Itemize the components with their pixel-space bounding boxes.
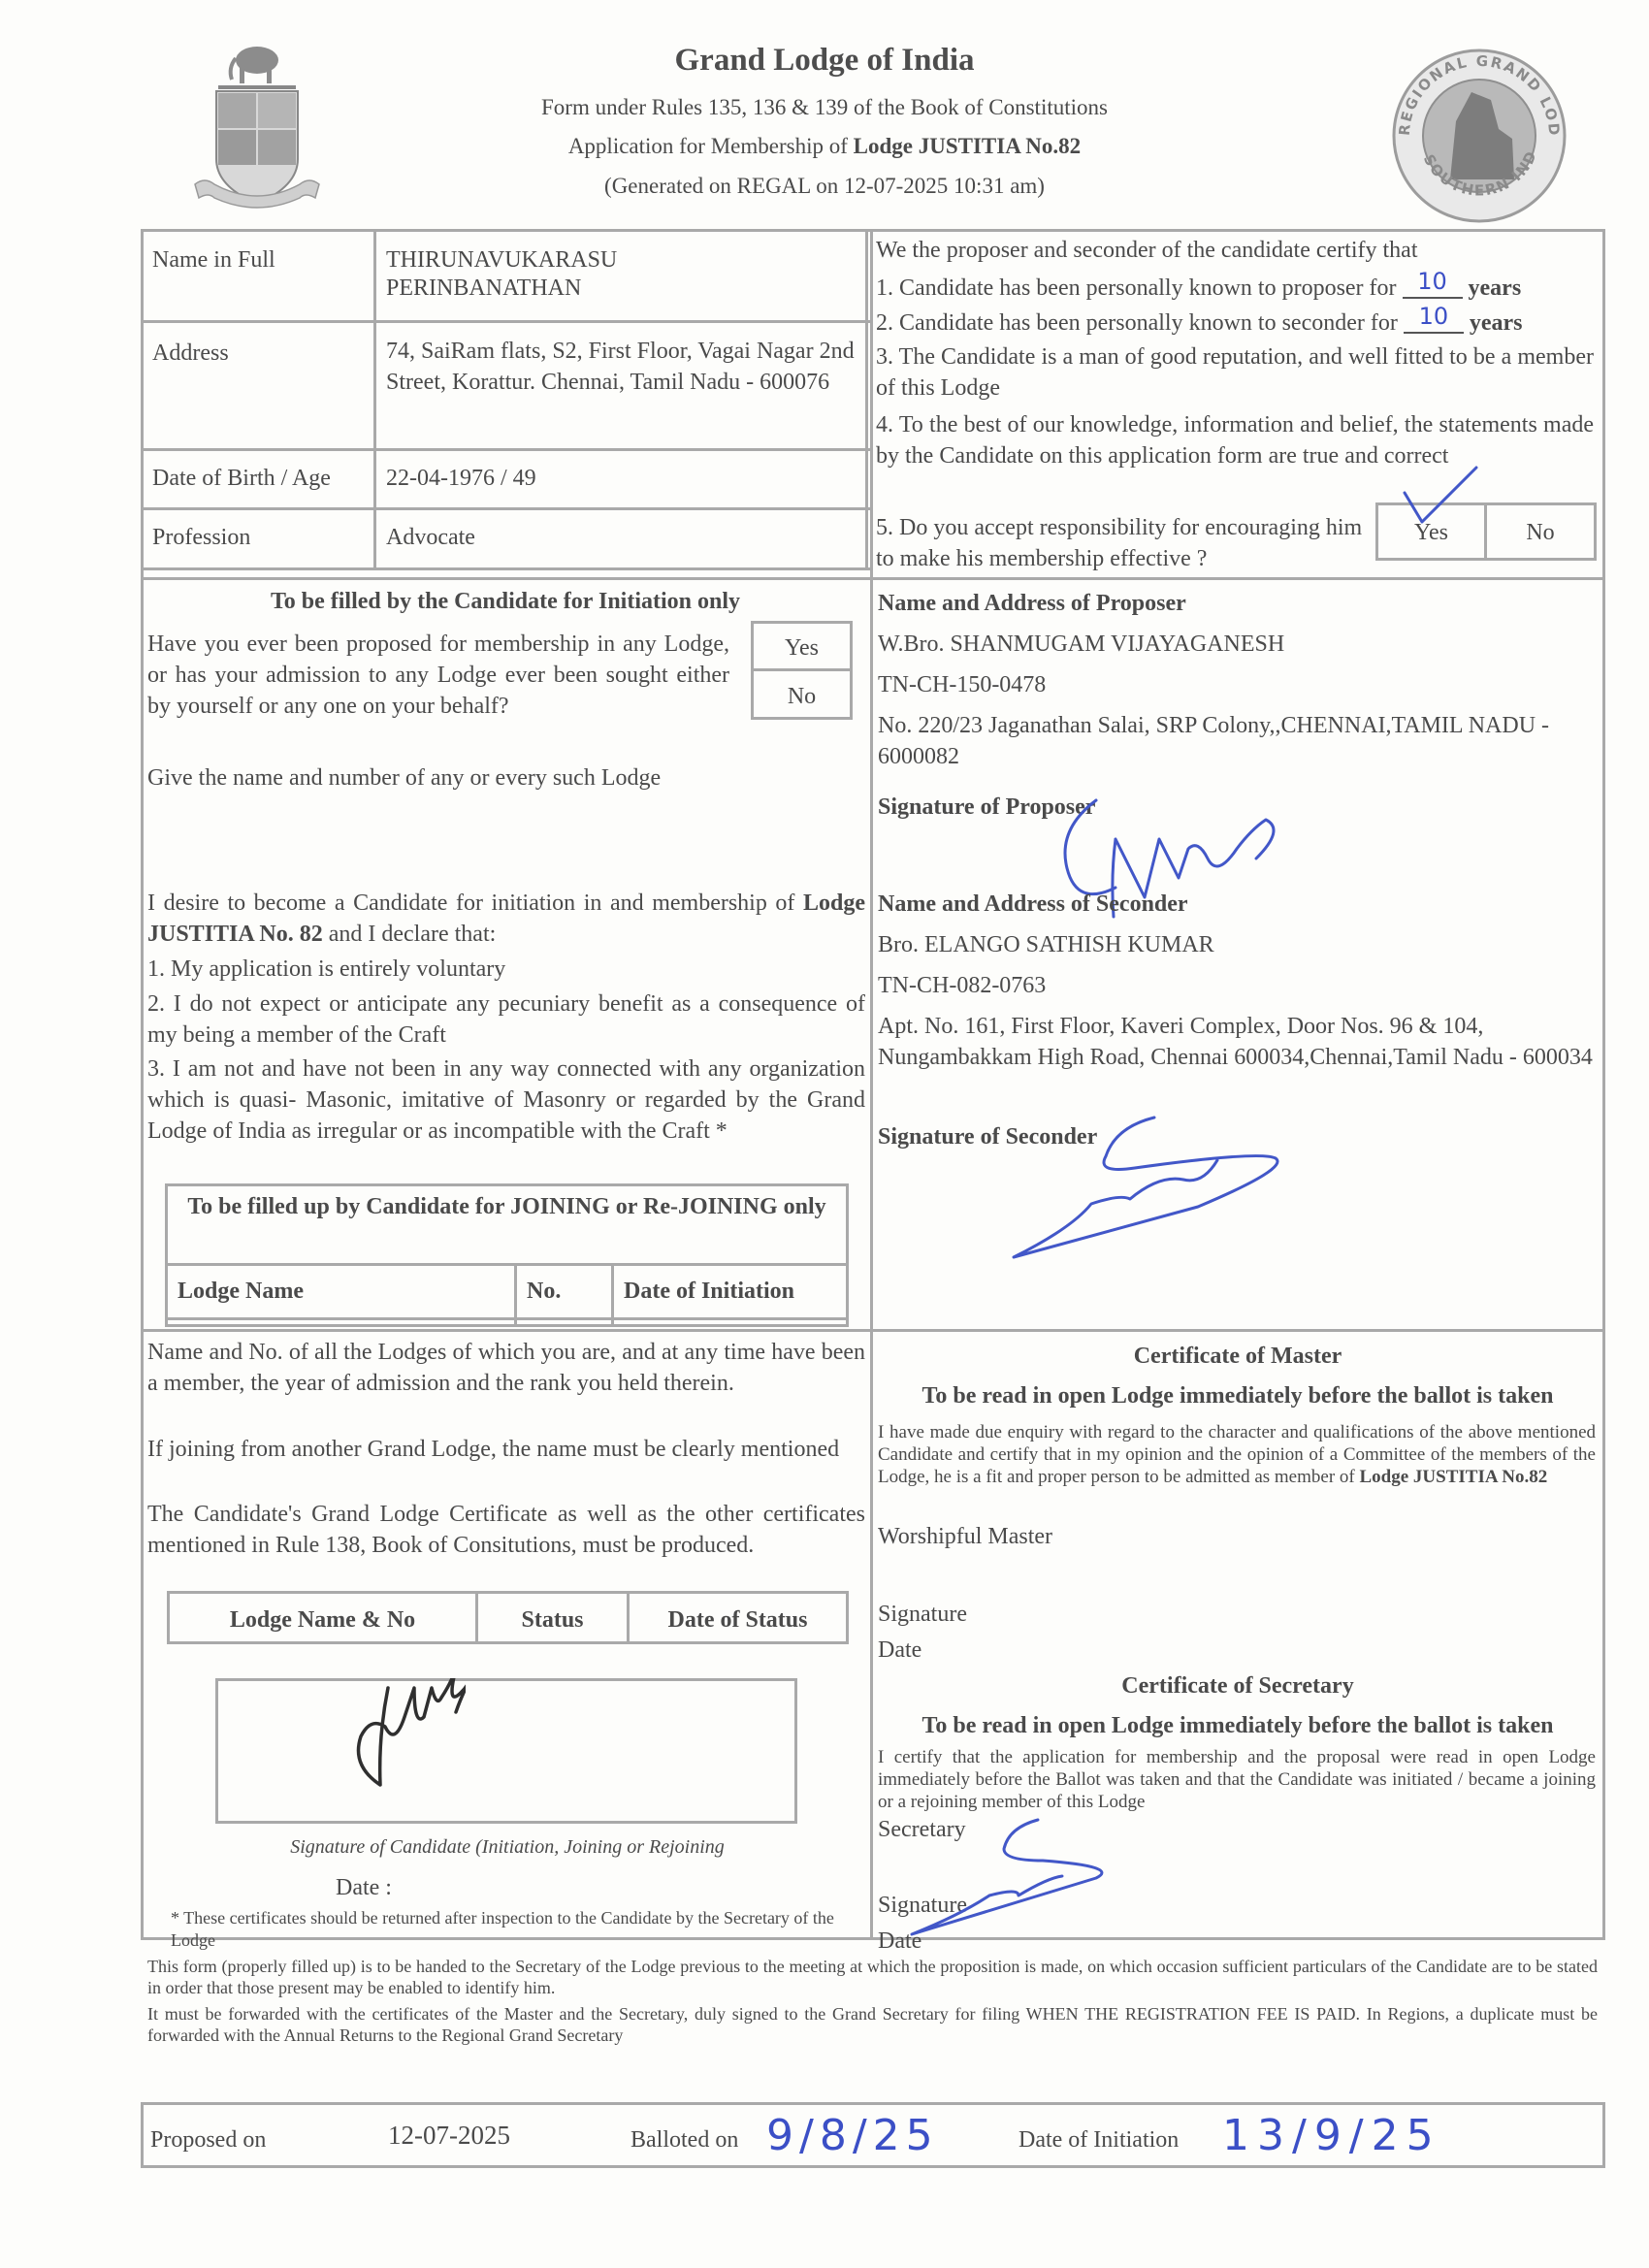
- master-cert-body: I have made due enquiry with regard to t…: [878, 1421, 1596, 1488]
- joining-heading: To be filled up by Candidate for JOINING…: [175, 1191, 839, 1222]
- seconder-reg-no: TN-CH-082-0763: [878, 970, 1046, 1001]
- dob-label: Date of Birth / Age: [152, 463, 331, 494]
- certify-item-1: 1. Candidate has been personally known t…: [876, 272, 1521, 305]
- certify-item-2: 2. Candidate has been personally known t…: [876, 307, 1523, 340]
- seconder-signature: [931, 1106, 1339, 1280]
- secretary-signature: [892, 1814, 1183, 1940]
- years-label-1: years: [1469, 275, 1522, 301]
- joining-col-no: No.: [527, 1276, 561, 1307]
- name-label: Name in Full: [152, 244, 275, 275]
- certify-item-5: 5. Do you accept responsibility for enco…: [876, 512, 1371, 574]
- certify-item-1-text: 1. Candidate has been personally known t…: [876, 275, 1397, 301]
- note-1: This form (properly filled up) is to be …: [147, 1956, 1598, 1998]
- certify-item-2-text: 2. Candidate has been personally known t…: [876, 310, 1398, 336]
- date-of-initiation-label: Date of Initiation: [1018, 2124, 1179, 2155]
- master-signature-label: Signature: [878, 1599, 967, 1630]
- address-value: 74, SaiRam flats, S2, First Floor, Vagai…: [386, 336, 861, 398]
- proposer-heading: Name and Address of Proposer: [878, 588, 1186, 619]
- secretary-cert-body: I certify that the application for membe…: [878, 1746, 1596, 1813]
- declaration-3: 3. I am not and have not been in any way…: [147, 1053, 865, 1147]
- lodges-col-name: Lodge Name & No: [170, 1604, 475, 1636]
- proposer-address: No. 220/23 Jaganathan Salai, SRP Colony,…: [878, 710, 1557, 772]
- certify-item-3: 3. The Candidate is a man of good reputa…: [876, 341, 1594, 404]
- declaration-suffix: and I declare that:: [323, 922, 497, 947]
- declaration-text: I desire to become a Candidate for initi…: [147, 891, 803, 916]
- initiation-heading: To be filled by the Candidate for Initia…: [144, 586, 867, 617]
- worshipful-master-label: Worshipful Master: [878, 1521, 1052, 1552]
- give-lodge-name-prompt: Give the name and number of any or every…: [147, 762, 661, 794]
- initiation-question: Have you ever been proposed for membersh…: [147, 629, 729, 722]
- initiation-yes-option[interactable]: Yes: [754, 632, 850, 664]
- initiation-no-option[interactable]: No: [754, 681, 850, 712]
- certificates-footnote: * These certificates should be returned …: [171, 1907, 850, 1952]
- lodges-col-status: Status: [478, 1604, 627, 1636]
- certify-intro: We the proposer and seconder of the cand…: [876, 235, 1418, 266]
- name-value-line2: PERINBANATHAN: [386, 273, 581, 304]
- note-2: It must be forwarded with the certificat…: [147, 2003, 1598, 2046]
- years-label-2: years: [1470, 310, 1523, 336]
- profession-value: Advocate: [386, 522, 475, 553]
- dob-value: 22-04-1976 / 49: [386, 463, 536, 494]
- name-value-line1: THIRUNAVUKARASU: [386, 244, 617, 275]
- address-label: Address: [152, 338, 229, 369]
- declaration-1: 1. My application is entirely voluntary: [147, 954, 865, 985]
- proposer-reg-no: TN-CH-150-0478: [878, 669, 1046, 700]
- lodges-para-1: Name and No. of all the Lodges of which …: [147, 1337, 865, 1399]
- proposer-years-field[interactable]: 10: [1403, 266, 1463, 299]
- seconder-name: Bro. ELANGO SATHISH KUMAR: [878, 929, 1214, 960]
- master-cert-lodge: Lodge JUSTITIA No.82: [1360, 1467, 1548, 1487]
- lodges-para-2: If joining from another Grand Lodge, the…: [147, 1434, 865, 1465]
- date-of-initiation-value[interactable]: 13/9/25: [1222, 2111, 1441, 2160]
- proposer-name: W.Bro. SHANMUGAM VIJAYAGANESH: [878, 629, 1284, 660]
- form-subtitle: Form under Rules 135, 136 & 139 of the B…: [466, 93, 1183, 122]
- secretary-cert-heading: Certificate of Secretary: [873, 1670, 1602, 1701]
- regional-grand-lodge-seal-icon: REGIONAL GRAND LODGE SOUTHERN INDIA: [1382, 44, 1576, 228]
- master-cert-heading: Certificate of Master: [873, 1341, 1602, 1372]
- balloted-on-value[interactable]: 9/8/25: [766, 2111, 939, 2160]
- secretary-cert-subheading: To be read in open Lodge immediately bef…: [873, 1710, 1602, 1741]
- responsibility-no-option[interactable]: No: [1487, 517, 1594, 548]
- seconder-years-field[interactable]: 10: [1404, 301, 1464, 334]
- checkmark-icon: [1397, 466, 1484, 543]
- lodges-col-date: Date of Status: [630, 1604, 846, 1636]
- joining-col-lodge-name: Lodge Name: [178, 1276, 304, 1307]
- seconder-heading: Name and Address of Seconder: [878, 889, 1188, 920]
- candidate-signature-box[interactable]: [215, 1678, 797, 1824]
- form-title: Grand Lodge of India: [543, 41, 1106, 80]
- profession-label: Profession: [152, 522, 250, 553]
- grand-lodge-crest-icon: [189, 39, 325, 218]
- declaration-2: 2. I do not expect or anticipate any pec…: [147, 988, 865, 1051]
- master-date-label: Date: [878, 1635, 921, 1666]
- lodges-para-3: The Candidate's Grand Lodge Certificate …: [147, 1499, 865, 1561]
- seconder-address: Apt. No. 161, First Floor, Kaveri Comple…: [878, 1011, 1596, 1073]
- application-title: Application for Membership of Lodge JUST…: [466, 132, 1183, 161]
- generated-timestamp: (Generated on REGAL on 12-07-2025 10:31 …: [466, 172, 1183, 201]
- master-cert-subheading: To be read in open Lodge immediately bef…: [873, 1380, 1602, 1411]
- declaration-intro: I desire to become a Candidate for initi…: [147, 888, 865, 950]
- application-prefix: Application for Membership of: [568, 134, 854, 158]
- application-lodge: Lodge JUSTITIA No.82: [854, 134, 1082, 158]
- joining-col-date: Date of Initiation: [624, 1276, 794, 1307]
- proposed-on-value: 12-07-2025: [388, 2121, 510, 2151]
- certify-item-4: 4. To the best of our knowledge, informa…: [876, 409, 1594, 471]
- balloted-on-label: Balloted on: [630, 2124, 738, 2155]
- candidate-signature-caption: Signature of Candidate (Initiation, Join…: [145, 1836, 869, 1859]
- candidate-date-label: Date :: [336, 1872, 392, 1903]
- candidate-signature: [349, 1678, 466, 1814]
- proposed-on-label: Proposed on: [150, 2124, 266, 2155]
